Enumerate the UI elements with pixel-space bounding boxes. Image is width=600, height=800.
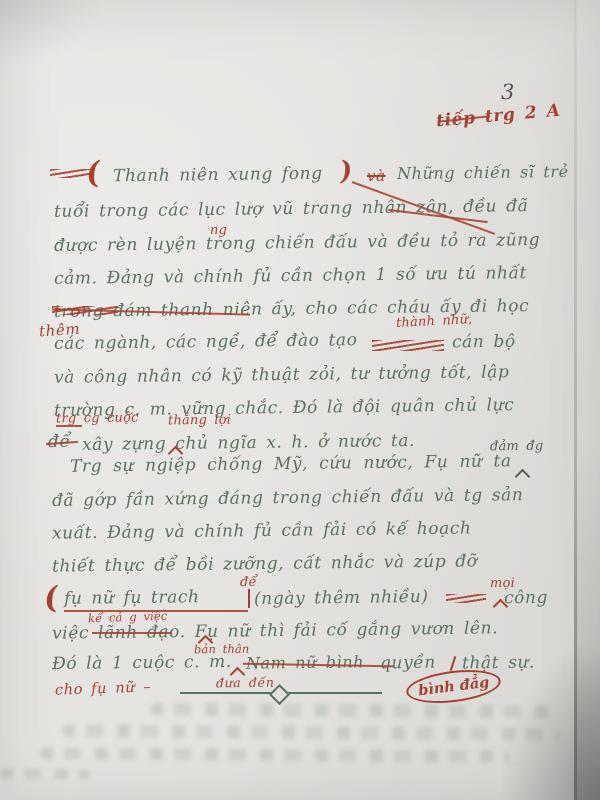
- struck-word: và: [367, 167, 386, 185]
- handwritten-line: đã gớp fần xứng đáng trong chiến đấu và …: [52, 485, 524, 511]
- handwritten-line: xây zựng chủ ngĩa x. h. ở nước ta.: [82, 431, 415, 455]
- bleed-through-text: [150, 703, 550, 719]
- handwritten-line: fụ nữ fụ trach: [64, 587, 200, 609]
- red-tick-mark: [450, 656, 457, 671]
- handwritten-line: các ngành, các ngề, để đào tạo: [54, 330, 358, 354]
- red-underline: [92, 632, 172, 634]
- red-insertion: thắng lợi: [168, 413, 231, 429]
- struck-word-scribble: [52, 306, 118, 315]
- bleed-through-text: [62, 724, 560, 740]
- bleed-through-text: [40, 747, 510, 762]
- red-insertion: để: [240, 575, 257, 590]
- bleed-through-text: [0, 769, 90, 780]
- handwritten-line: Những chiến sĩ trẻ: [397, 162, 569, 183]
- handwritten-line: công: [504, 588, 548, 609]
- struck-word-scribble: [50, 169, 90, 178]
- red-insertion: kể cả g việc: [88, 609, 168, 626]
- handwritten-line: cảm. Đảng và chính fủ cần chọn 1 số ưu t…: [54, 263, 527, 289]
- caret-mark: [515, 469, 531, 485]
- struck-word-scribble: [446, 594, 486, 603]
- red-open-paren: (: [42, 580, 60, 616]
- handwritten-line: cán bộ: [452, 332, 516, 353]
- insertion-stroke: [248, 589, 250, 608]
- handwritten-line: được rèn luyện trong chiến đấu và đều tỏ…: [54, 230, 540, 256]
- handwritten-line: Thanh niên xung fong: [113, 164, 323, 187]
- page-number: 3: [501, 80, 515, 104]
- manuscript-photo: 3 tiếp trg 2 A ( Thanh niên xung fong ) …: [0, 0, 600, 800]
- handwritten-line: (ngày thêm nhiều): [254, 587, 429, 609]
- handwritten-line: Trg sự ngiệp chống Mỹ, cứu nước, Fụ nữ t…: [70, 451, 512, 476]
- circled-text: bình đẳg: [417, 674, 490, 700]
- handwritten-line: và công nhân có kỹ thuật zỏi, tư tưởng t…: [54, 362, 510, 388]
- red-open-paren: (: [84, 155, 102, 191]
- handwritten-line: Đó là 1 cuộc c. m.: [52, 652, 232, 674]
- struck-word-scribble: [372, 340, 444, 351]
- top-left-shade: [0, 0, 140, 90]
- handwritten-line: thiết thực để bồi zưỡng, cất nhắc và zúp…: [52, 551, 478, 576]
- handwritten-line: quyền: [380, 653, 436, 674]
- red-insertion: đưa đến: [216, 675, 275, 691]
- continuation-note: tiếp trg 2 A: [435, 101, 561, 132]
- red-replacement: thành nhữ,: [396, 312, 473, 331]
- pencil-insertion: đảm đg: [490, 439, 544, 455]
- red-continuation: cho fụ nữ –: [55, 679, 152, 698]
- strikethrough-mark: [56, 425, 82, 427]
- handwritten-line: xuất. Đảng và chính fủ cần fải có kế hoạ…: [52, 518, 472, 543]
